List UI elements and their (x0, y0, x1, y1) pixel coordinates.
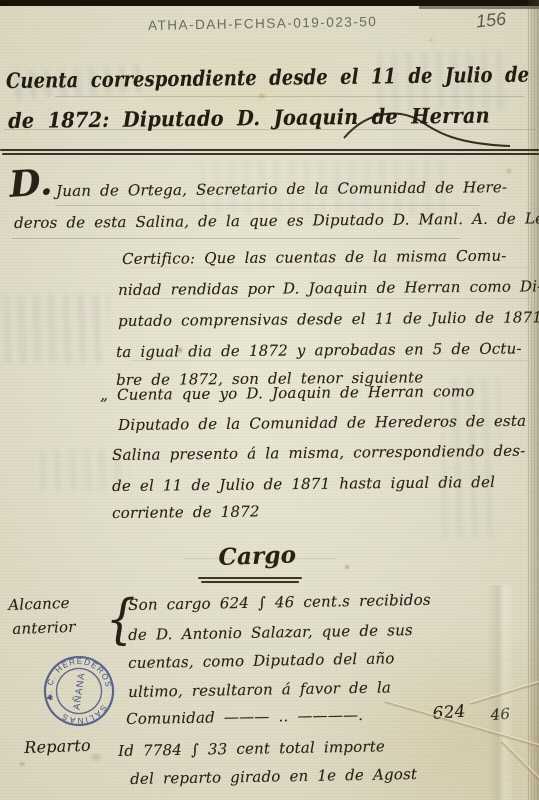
certify-line-1: Certifico: Que las cuentas de la misma C… (122, 247, 507, 268)
intro-initial: D. (8, 161, 54, 207)
archive-stamp: A. C. HEREDEROS SALINAS AÑANA ✚ (33, 645, 126, 738)
intro-line-2: deros de esta Salina, de la que es Diput… (14, 209, 539, 232)
account-line-5: corriente de 1872 (112, 502, 260, 522)
stamp-center-text: AÑANA (71, 672, 87, 711)
cargo-entry1-line-3: cuentas, como Diputado del año (128, 649, 395, 672)
margin-note-alcance-2: anterior (12, 618, 76, 638)
ink-bleedthrough (5, 295, 110, 363)
ruled-line (55, 96, 525, 97)
folio-number: 156 (475, 8, 507, 32)
book-page-edges (526, 0, 539, 800)
title-underline (0, 149, 539, 151)
certify-line-4: ta igual dia de 1872 y aprobadas en 5 de… (116, 339, 522, 361)
cargo-underline-2 (201, 581, 299, 583)
cargo-underline (198, 577, 302, 579)
margin-note-reparto: Reparto (24, 736, 91, 757)
certify-line-3: putado comprensivas desde el 11 de Julio… (118, 308, 539, 330)
manuscript-page: ATHA-DAH-FCHSA-019-023-50 156 Cuenta cor… (0, 0, 539, 800)
cargo-entry1-line-2: de D. Antonio Salazar, que de sus (128, 621, 413, 644)
certify-line-2: nidad rendidas por D. Joaquin de Herran … (118, 277, 539, 299)
cargo-entry1-line-1: Son cargo 624 ∫ 46 cent.s recibidos (128, 591, 431, 614)
title-underline-2 (2, 153, 539, 155)
cargo-entry1-line-5: Comunidad ——— .. ————. (126, 706, 363, 728)
archive-reference-code: ATHA-DAH-FCHSA-019-023-50 (148, 14, 378, 33)
cargo-entry1-line-4: ultimo, resultaron á favor de la (128, 678, 391, 701)
cargo-entry2-line-1: Id 7784 ∫ 33 cent total importe (118, 737, 385, 760)
pen-flourish (338, 108, 518, 152)
margin-note-alcance-1: Alcance (8, 594, 70, 614)
ruled-line (55, 205, 480, 206)
account-line-1: „ Cuenta que yo D. Joaquin de Herran com… (100, 382, 475, 404)
scan-top-edge-shadow (419, 6, 539, 9)
cargo-heading: Cargo (218, 541, 297, 571)
account-line-4: de el 11 de Julio de 1871 hasta igual di… (112, 473, 495, 495)
cargo-entry2-line-2: del reparto girado en 1e de Agost (130, 765, 417, 788)
ruled-line (12, 238, 460, 239)
